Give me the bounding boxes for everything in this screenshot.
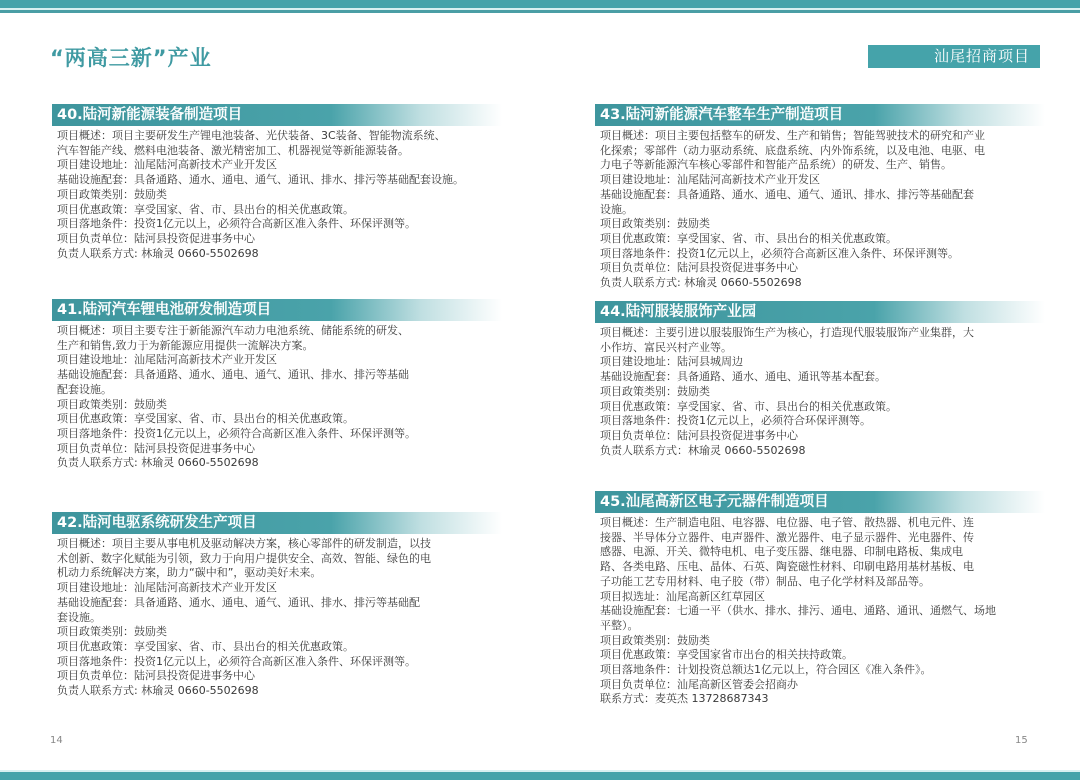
project-line: 项目概述：项目主要专注于新能源汽车动力电池系统、储能系统的研发、	[57, 324, 502, 339]
project-card-45: 45.汕尾高新区电子元器件制造项目 项目概述：生产制造电阻、电容器、电位器、电子…	[595, 491, 1045, 707]
project-line: 项目概述：项目主要从事电机及驱动解决方案，核心零部件的研发制造，以技	[57, 537, 502, 552]
project-line: 基础设施配套：具备通路、通水、通电、通气、通讯、排水、排污等基础	[57, 368, 502, 383]
top-decor-band	[0, 0, 1080, 8]
project-line: 项目优惠政策：享受国家省市出台的相关扶持政策。	[600, 648, 1045, 663]
project-details: 项目概述：主要引进以服装服饰生产为核心，打造现代服装服饰产业集群，大 小作坊、富…	[595, 326, 1045, 458]
project-line: 项目负责单位：汕尾高新区管委会招商办	[600, 678, 1045, 693]
project-title: 40.陆河新能源装备制造项目	[52, 104, 502, 126]
top-decor-line	[0, 10, 1080, 13]
project-line: 机动力系统解决方案，助力“碳中和”，驱动美好未来。	[57, 566, 502, 581]
project-card-40: 40.陆河新能源装备制造项目 项目概述：项目主要研发生产锂电池装备、光伏装备、3…	[52, 104, 502, 261]
project-line: 基础设施配套：具备通路、通水、通电、通气、通讯、排水、排污等基础配套	[600, 188, 1045, 203]
project-line: 项目政策类别：鼓励类	[600, 217, 1045, 232]
project-line: 项目优惠政策：享受国家、省、市、县出台的相关优惠政策。	[57, 640, 502, 655]
project-details: 项目概述：项目主要包括整车的研发、生产和销售；智能驾驶技术的研究和产业 化探索；…	[595, 129, 1045, 291]
project-line: 项目政策类别：鼓励类	[57, 398, 502, 413]
project-line: 项目负责单位：陆河县投资促进事务中心	[600, 429, 1045, 444]
project-title: 41.陆河汽车锂电池研发制造项目	[52, 299, 502, 321]
project-line: 设施。	[600, 203, 1045, 218]
project-line: 套设施。	[57, 611, 502, 626]
project-details: 项目概述：项目主要从事电机及驱动解决方案，核心零部件的研发制造，以技 术创新、数…	[52, 537, 502, 699]
project-line: 项目负责单位：陆河县投资促进事务中心	[600, 261, 1045, 276]
project-title: 45.汕尾高新区电子元器件制造项目	[595, 491, 1045, 513]
project-line: 基础设施配套：七通一平（供水、排水、排污、通电、通路、通讯、通燃气、场地	[600, 604, 1045, 619]
project-line: 项目建设地址：汕尾陆河高新技术产业开发区	[600, 173, 1045, 188]
project-line: 项目优惠政策：享受国家、省、市、县出台的相关优惠政策。	[57, 203, 502, 218]
project-line: 项目政策类别：鼓励类	[600, 634, 1045, 649]
project-line: 项目落地条件：投资1亿元以上，必须符合高新区准入条件、环保评测等。	[57, 655, 502, 670]
project-line: 项目落地条件：计划投资总额达1亿元以上，符合园区《准入条件》。	[600, 663, 1045, 678]
project-contact: 联系方式：麦英杰 13728687343	[600, 692, 1045, 707]
project-line: 项目负责单位：陆河县投资促进事务中心	[57, 232, 502, 247]
project-line: 项目政策类别：鼓励类	[57, 625, 502, 640]
project-line: 项目落地条件：投资1亿元以上，必须符合高新区准入条件、环保评测等。	[57, 217, 502, 232]
project-line: 项目建设地址：汕尾陆河高新技术产业开发区	[57, 581, 502, 596]
project-card-43: 43.陆河新能源汽车整车生产制造项目 项目概述：项目主要包括整车的研发、生产和销…	[595, 104, 1045, 291]
project-line: 基础设施配套：具备通路、通水、通电、通讯等基本配套。	[600, 370, 1045, 385]
project-line: 化探索；零部件（动力驱动系统、底盘系统、内外饰系统，以及电池、电驱、电	[600, 144, 1045, 159]
project-contact: 负责人联系方式: 林瑜灵 0660-5502698	[600, 276, 1045, 291]
project-line: 项目负责单位：陆河县投资促进事务中心	[57, 669, 502, 684]
project-line: 小作坊、富民兴村产业等。	[600, 341, 1045, 356]
section-title: “两高三新”产业	[50, 42, 212, 72]
bottom-decor-band	[0, 772, 1080, 780]
project-details: 项目概述：项目主要专注于新能源汽车动力电池系统、储能系统的研发、 生产和销售,致…	[52, 324, 502, 471]
project-line: 平整）。	[600, 619, 1045, 634]
page-number-right: 15	[1015, 735, 1028, 746]
project-line: 路、各类电路、压电、晶体、石英、陶瓷磁性材料、印刷电路用基材基板、电	[600, 560, 1045, 575]
project-contact: 负责人联系方式: 林瑜灵 0660-5502698	[57, 456, 502, 471]
project-line: 项目拟选址：汕尾高新区红草园区	[600, 590, 1045, 605]
project-line: 力电子等新能源汽车核心零部件和智能产品系统）的研发、生产、销售。	[600, 158, 1045, 173]
project-line: 项目优惠政策：享受国家、省、市、县出台的相关优惠政策。	[600, 400, 1045, 415]
project-line: 项目建设地址：陆河县城周边	[600, 355, 1045, 370]
project-title: 44.陆河服装服饰产业园	[595, 301, 1045, 323]
project-line: 子功能工艺专用材料、电子胶（带）制品、电子化学材料及部品等。	[600, 575, 1045, 590]
project-line: 项目概述：项目主要包括整车的研发、生产和销售；智能驾驶技术的研究和产业	[600, 129, 1045, 144]
project-line: 基础设施配套：具备通路、通水、通电、通气、通讯、排水、排污等基础配套设施。	[57, 173, 502, 188]
project-line: 项目优惠政策：享受国家、省、市、县出台的相关优惠政策。	[600, 232, 1045, 247]
project-line: 基础设施配套：具备通路、通水、通电、通气、通讯、排水、排污等基础配	[57, 596, 502, 611]
project-title: 43.陆河新能源汽车整车生产制造项目	[595, 104, 1045, 126]
project-contact: 负责人联系方式: 林瑜灵 0660-5502698	[57, 684, 502, 699]
brand-tag: 汕尾招商项目	[868, 45, 1040, 68]
project-card-41: 41.陆河汽车锂电池研发制造项目 项目概述：项目主要专注于新能源汽车动力电池系统…	[52, 299, 502, 471]
project-line: 项目优惠政策：享受国家、省、市、县出台的相关优惠政策。	[57, 412, 502, 427]
project-details: 项目概述：项目主要研发生产锂电池装备、光伏装备、3C装备、智能物流系统、 汽车智…	[52, 129, 502, 261]
project-line: 感器、电源、开关、微特电机、电子变压器、继电器、印制电路板、集成电	[600, 545, 1045, 560]
project-contact: 负责人联系方式: 林瑜灵 0660-5502698	[57, 247, 502, 262]
project-line: 项目概述：主要引进以服装服饰生产为核心，打造现代服装服饰产业集群，大	[600, 326, 1045, 341]
project-line: 生产和销售,致力于为新能源应用提供一流解决方案。	[57, 339, 502, 354]
project-line: 项目落地条件：投资1亿元以上，必须符合高新区准入条件、环保评测等。	[57, 427, 502, 442]
project-line: 项目建设地址：汕尾陆河高新技术产业开发区	[57, 158, 502, 173]
project-line: 项目落地条件：投资1亿元以上，必须符合高新区准入条件、环保评测等。	[600, 247, 1045, 262]
page-number-left: 14	[50, 735, 63, 746]
project-contact: 负责人联系方式：林瑜灵 0660-5502698	[600, 444, 1045, 459]
project-line: 汽车智能产线、燃料电池装备、激光精密加工、机器视觉等新能源装备。	[57, 144, 502, 159]
project-line: 项目概述：生产制造电阻、电容器、电位器、电子管、散热器、机电元件、连	[600, 516, 1045, 531]
project-line: 接器、半导体分立器件、电声器件、激光器件、电子显示器件、光电器件、传	[600, 531, 1045, 546]
project-line: 术创新、数字化赋能为引领，致力于向用户提供安全、高效、智能、绿色的电	[57, 552, 502, 567]
project-line: 项目落地条件：投资1亿元以上，必须符合环保评测等。	[600, 414, 1045, 429]
project-card-44: 44.陆河服装服饰产业园 项目概述：主要引进以服装服饰生产为核心，打造现代服装服…	[595, 301, 1045, 458]
project-line: 配套设施。	[57, 383, 502, 398]
project-line: 项目建设地址：汕尾陆河高新技术产业开发区	[57, 353, 502, 368]
project-card-42: 42.陆河电驱系统研发生产项目 项目概述：项目主要从事电机及驱动解决方案，核心零…	[52, 512, 502, 699]
project-title: 42.陆河电驱系统研发生产项目	[52, 512, 502, 534]
project-line: 项目负责单位：陆河县投资促进事务中心	[57, 442, 502, 457]
project-line: 项目概述：项目主要研发生产锂电池装备、光伏装备、3C装备、智能物流系统、	[57, 129, 502, 144]
project-line: 项目政策类别：鼓励类	[600, 385, 1045, 400]
project-details: 项目概述：生产制造电阻、电容器、电位器、电子管、散热器、机电元件、连 接器、半导…	[595, 516, 1045, 707]
project-line: 项目政策类别：鼓励类	[57, 188, 502, 203]
